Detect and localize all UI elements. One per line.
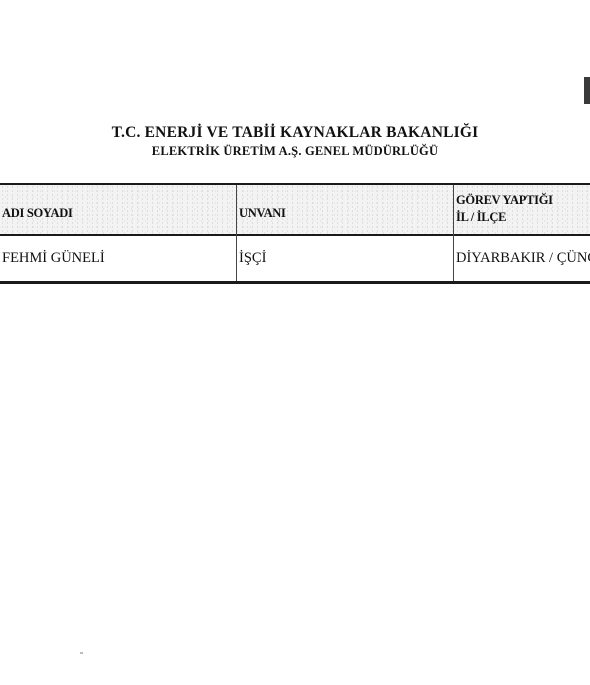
table-cell-title: İŞÇİ (239, 250, 266, 267)
column-header-location: GÖREV YAPTIĞI İL / İLÇE (456, 192, 553, 226)
page-corner-mark (584, 77, 590, 104)
personnel-table: ADI SOYADI UNVANI GÖREV YAPTIĞI İL / İLÇ… (0, 183, 590, 282)
column-header-title: UNVANI (239, 206, 286, 221)
table-cell-name: FEHMİ GÜNELİ (2, 250, 105, 267)
table-cell-location: DİYARBAKIR / ÇÜNG (456, 250, 590, 267)
directorate-title: ELEKTRİK ÜRETİM A.Ş. GENEL MÜDÜRLÜĞÜ (0, 144, 590, 159)
column-header-name: ADI SOYADI (2, 206, 73, 221)
column-divider (236, 185, 237, 281)
column-header-location-line2: İL / İLÇE (456, 209, 553, 226)
column-divider (453, 185, 454, 281)
scan-speck (80, 652, 83, 654)
ministry-title: T.C. ENERJİ VE TABİİ KAYNAKLAR BAKANLIĞI (0, 124, 590, 142)
column-header-location-line1: GÖREV YAPTIĞI (456, 192, 553, 209)
table-bottom-border (0, 281, 590, 284)
table-header-divider (0, 234, 590, 236)
table-top-border (0, 183, 590, 185)
